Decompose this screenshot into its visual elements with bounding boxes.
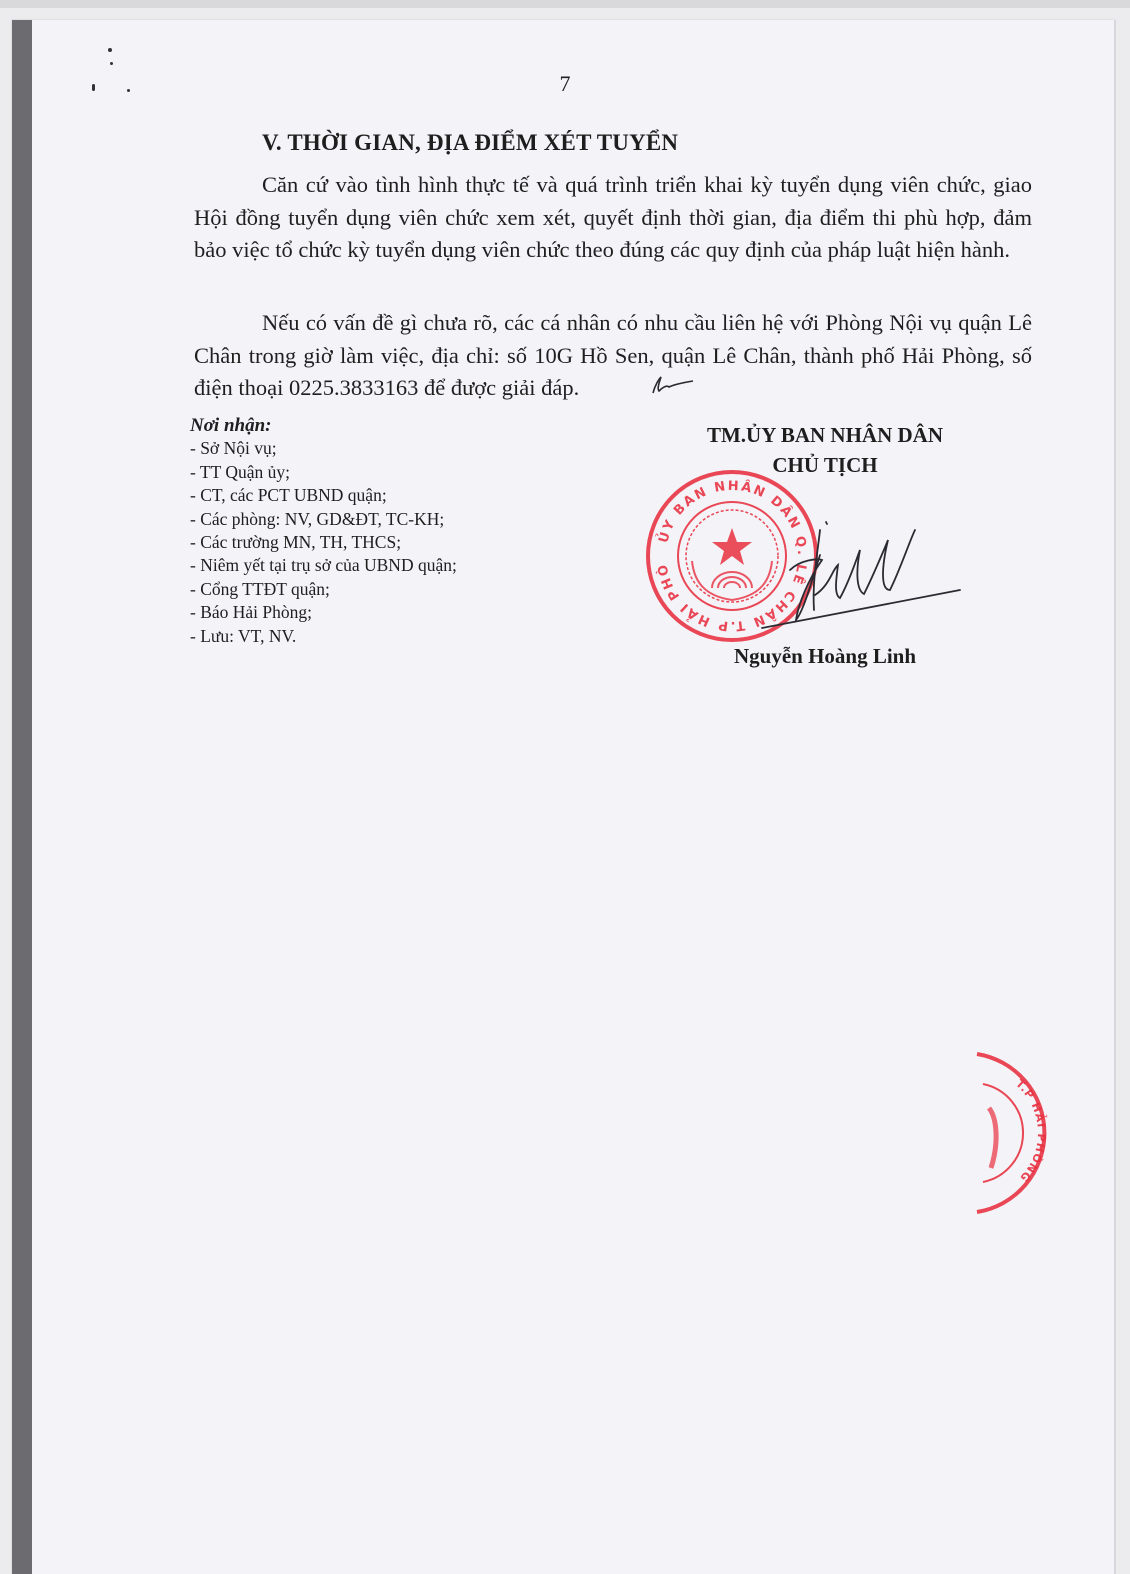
recipients-list: Nơi nhận: - Sở Nội vụ; - TT Quận ủy; - C… [190,414,530,648]
recipient-item: - CT, các PCT UBND quận; [190,484,530,507]
svg-text:T.P HẢI PHÒNG: T.P HẢI PHÒNG [1013,1077,1048,1185]
signer-name: Nguyễn Hoàng Linh [690,644,960,669]
recipient-item: - Lưu: VT, NV. [190,625,530,648]
recipient-item: - Niêm yết tại trụ sở của UBND quận; [190,554,530,577]
recipient-item: - Báo Hải Phòng; [190,601,530,624]
recipient-item: - Các phòng: NV, GD&ĐT, TC-KH; [190,508,530,531]
recipient-item: - TT Quận ủy; [190,461,530,484]
section-title: V. THỜI GIAN, ĐỊA ĐIỂM XÉT TUYỂN [262,130,678,156]
page-number: 7 [0,71,1130,97]
recipient-item: - Các trường MN, TH, THCS; [190,531,530,554]
paragraph-contact: Nếu có vấn đề gì chưa rõ, các cá nhân có… [194,307,1032,405]
signature-icon [760,510,970,630]
page-seal-stamp-icon: T.P HẢI PHÒNG [975,1048,1060,1218]
initial-mark-icon [581,372,695,405]
scan-left-edge [12,20,32,1574]
scan-right-edge [1114,20,1116,1574]
scan-top-band [0,0,1130,8]
paragraph: Căn cứ vào tình hình thực tế và quá trìn… [194,169,1032,267]
recipient-item: - Cổng TTĐT quận; [190,578,530,601]
recipients-title: Nơi nhận: [190,414,530,437]
signing-organization: TM.ỦY BAN NHÂN DÂN [660,420,990,450]
recipient-item: - Sở Nội vụ; [190,437,530,460]
